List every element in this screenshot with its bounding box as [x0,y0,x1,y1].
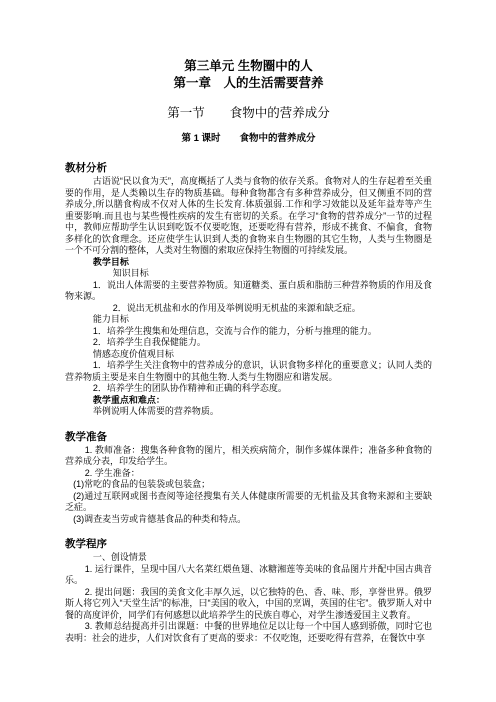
student-preparation-item-3: (3)调查麦当劳或肯德基食品的种类和特点。 [65,514,432,526]
section-title: 第一节 食物中的营养成分 [65,105,432,121]
key-points-heading: 教学重点和难点： [65,395,432,407]
lesson-title: 第 1 课时 食物中的营养成分 [65,133,432,145]
procedure-item-1: 1. 运行课件，呈现中国八大名菜红煨鱼翅、冰糖湘莲等美味的食品图片并配中国古典音… [65,564,432,587]
document-page: 第三单元 生物圈中的人 第一章 人的生活需要营养 第一节 食物中的营养成分 第 … [0,0,496,702]
student-preparation-label: 2. 学生准备： [65,468,432,480]
knowledge-goal-item-2: 2．说出无机盐和水的作用及举例说明无机盐的来源和缺乏症。 [65,303,432,315]
unit-title: 第三单元 生物圈中的人 [65,58,432,75]
ability-goal-item-2: 2．培养学生自我保健能力。 [65,337,432,349]
teacher-preparation: 1. 教师准备：搜集各种食物的图片，相关疾病简介，制作多媒体课件；准备多种食物的… [65,445,432,468]
ability-goal-item-1: 1．培养学生搜集和处理信息，交流与合作的能力，分析与推理的能力。 [65,326,432,338]
procedure-item-3: 3. 教师总结提高并引出课题：中餐的世界地位足以让每一个中国人感到骄傲，同时它也… [65,621,432,644]
chapter-title: 第一章 人的生活需要营养 [65,75,432,92]
ability-goals-label: 能力目标 [65,314,432,326]
key-points-body: 举例说明人体需要的营养物质。 [65,406,432,418]
preparation-heading: 教学准备 [65,430,432,445]
knowledge-goal-item-1: 1．说出人体需要的主要营养物质。知道糖类、蛋白质和脂肪三种营养物质的作用及食物来… [65,280,432,303]
procedure-item-2: 2. 提出问题：我国的美食文化丰厚久远，以它独特的色、香、味、形，享誉世界。俄罗… [65,587,432,622]
material-analysis-heading: 教材分析 [65,161,432,176]
student-preparation-item-2: (2)通过互联网或图书查阅等途径搜集有关人体健康所需要的无机盐及其食物来源和主要… [65,491,432,514]
emotion-goal-item-1: 1．培养学生关注食物中的营养成分的意识，认识食物多样化的重要意义；认同人类的营养… [65,360,432,383]
procedure-step-title: 一、创设情景 [65,552,432,564]
emotion-goal-item-2: 2．培养学生的团队协作精神和正确的科学态度。 [65,383,432,395]
material-analysis-paragraph: 古语说“民以食为天”，高度概括了人类与食物的依存关系。食物对人的生存起着至关重要… [65,176,432,257]
teaching-goals-heading: 教学目标 [65,257,432,269]
student-preparation-item-1: (1)常吃的食品的包装袋或包装盒； [65,479,432,491]
emotion-goals-label: 情感态度价值观目标 [65,349,432,361]
knowledge-goals-label: 知识目标 [65,268,432,280]
procedure-heading: 教学程序 [65,537,432,552]
